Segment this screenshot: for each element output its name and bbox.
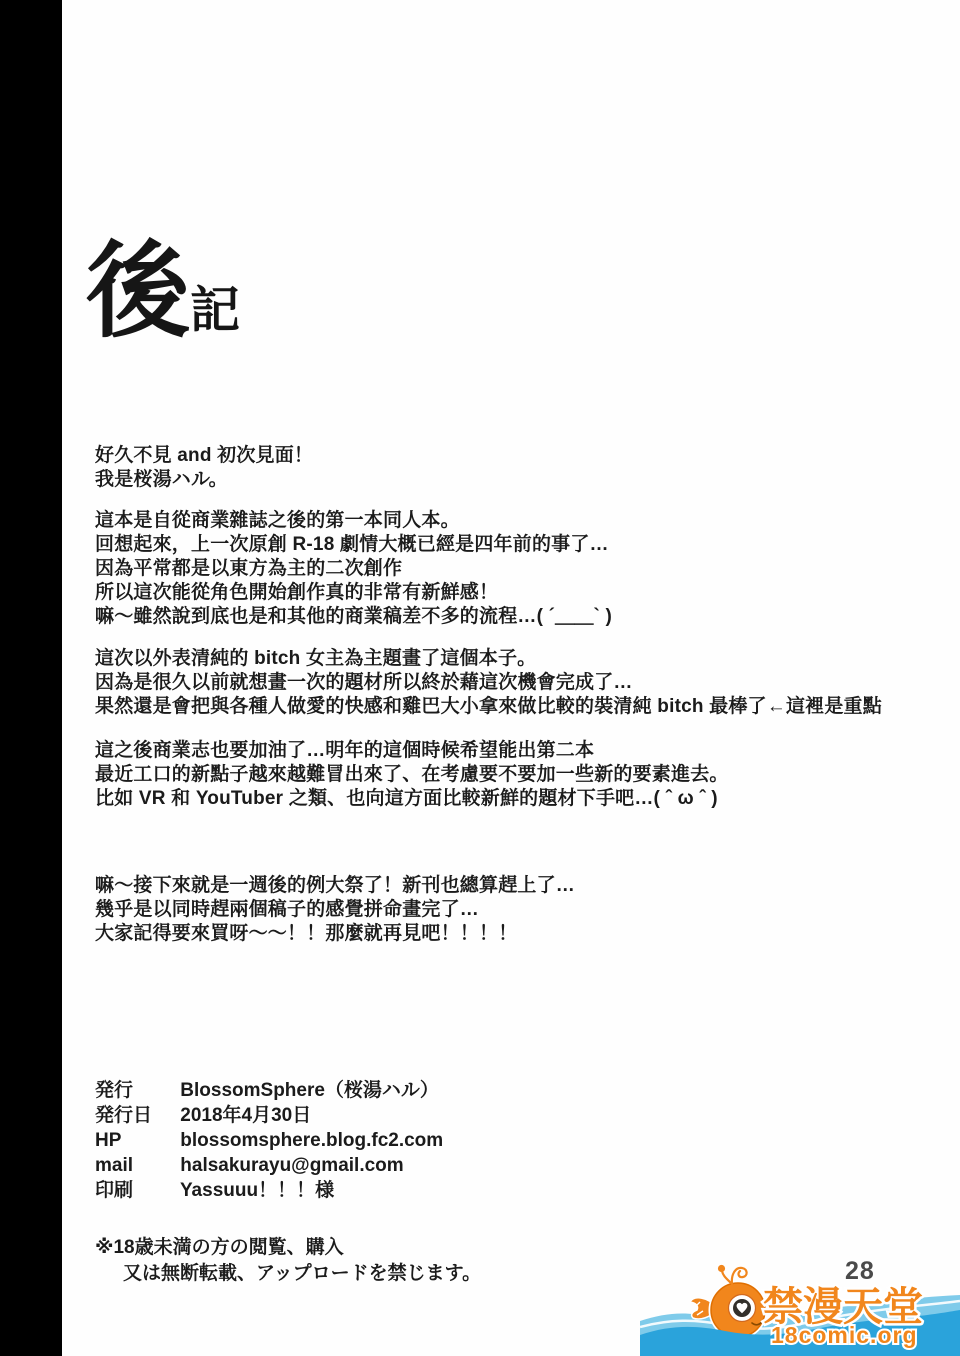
colophon: 発行 BlossomSphere（桜湯ハル） 発行日 2018年4月30日 HP…: [95, 1078, 443, 1203]
text-line: 比如 VR 和 YouTuber 之類、也向這方面比較新鮮的題材下手吧…( ˆ …: [95, 787, 729, 811]
paragraph-background: 這本是自從商業雜誌之後的第一本同人本。 回想起來，上一次原創 R-18 劇情大概…: [95, 509, 612, 629]
title-sub-char: 記: [190, 282, 240, 338]
colophon-row-homepage: HP blossomsphere.blog.fc2.com: [95, 1128, 443, 1153]
text-line: 幾乎是以同時趕兩個稿子的感覺拼命畫完了…: [95, 898, 575, 922]
mascot-antenna-drop: [718, 1265, 725, 1272]
text-line: 這本是自從商業雜誌之後的第一本同人本。: [95, 509, 612, 533]
text-line: 嘛～接下來就是一週後的例大祭了！新刊也總算趕上了…: [95, 874, 575, 898]
title-main-char: 後: [86, 234, 190, 350]
watermark-logo: 禁漫天堂 18comic.org: [640, 1255, 960, 1356]
colophon-row-mail: mail halsakurayu@gmail.com: [95, 1153, 443, 1178]
mascot-antenna-stem: [722, 1271, 731, 1283]
paragraph-theme: 這次以外表清純的 bitch 女主為主題畫了這個本子。 因為是很久以前就想畫一次…: [95, 647, 882, 719]
text-line: 這之後商業志也要加油了…明年的這個時候希望能出第二本: [95, 739, 729, 763]
text-line: 這次以外表清純的 bitch 女主為主題畫了這個本子。: [95, 647, 882, 671]
text-line: 最近工口的新點子越來越難冒出來了、在考慮要不要加一些新的要素進去。: [95, 763, 729, 787]
afterword-page: 後記 好久不見 and 初次見面！ 我是桜湯ハル。 這本是自從商業雜誌之後的第一…: [0, 0, 960, 1356]
text-line: 大家記得要來買呀～～！！那麼就再見吧！！！！: [95, 922, 575, 946]
page-title: 後記: [86, 238, 240, 347]
paragraph-greeting: 好久不見 and 初次見面！ 我是桜湯ハル。: [95, 444, 313, 492]
text-line: 好久不見 and 初次見面！: [95, 444, 313, 468]
colophon-row-publisher: 発行 BlossomSphere（桜湯ハル）: [95, 1078, 443, 1103]
colophon-value: BlossomSphere（桜湯ハル）: [180, 1080, 439, 1101]
disclaimer: ※18歳未満の方の閲覧、購入 又は無断転載、アップロードを禁じます。: [95, 1235, 481, 1287]
colophon-row-printer: 印刷 Yassuuu！！！様: [95, 1178, 443, 1203]
text-line: 回想起來，上一次原創 R-18 劇情大概已經是四年前的事了…: [95, 533, 612, 557]
disclaimer-line: 又は無断転載、アップロードを禁じます。: [95, 1261, 481, 1287]
colophon-label: HP: [95, 1128, 175, 1153]
text-line: 嘛～雖然說到底也是和其他的商業稿差不多的流程…( ´＿＿` ): [95, 605, 612, 629]
text-line: 果然還是會把與各種人做愛的快感和雞巴大小拿來做比較的裝清純 bitch 最棒了←…: [95, 695, 882, 719]
disclaimer-line: ※18歳未満の方の閲覧、購入: [95, 1235, 481, 1261]
colophon-label: 発行: [95, 1078, 175, 1103]
colophon-value: 2018年4月30日: [180, 1105, 311, 1126]
watermark-site-url: 18comic.org: [771, 1322, 918, 1348]
text-line: 因為平常都是以東方為主的二次創作: [95, 557, 612, 581]
colophon-label: mail: [95, 1153, 175, 1178]
scan-border: [0, 0, 62, 1356]
colophon-value: halsakurayu@gmail.com: [180, 1155, 403, 1176]
colophon-label: 発行日: [95, 1103, 175, 1128]
paragraph-future-plans: 這之後商業志也要加油了…明年的這個時候希望能出第二本 最近工口的新點子越來越難冒…: [95, 739, 729, 811]
text-line: 因為是很久以前就想畫一次的題材所以終於藉這次機會完成了…: [95, 671, 882, 695]
text-line: 所以這次能從角色開始創作真的非常有新鮮感！: [95, 581, 612, 605]
colophon-row-date: 発行日 2018年4月30日: [95, 1103, 443, 1128]
colophon-label: 印刷: [95, 1178, 175, 1203]
text-line: 我是桜湯ハル。: [95, 468, 313, 492]
colophon-value: Yassuuu！！！様: [180, 1180, 334, 1201]
paragraph-closing: 嘛～接下來就是一週後的例大祭了！新刊也總算趕上了… 幾乎是以同時趕兩個稿子的感覺…: [95, 874, 575, 946]
colophon-value: blossomsphere.blog.fc2.com: [180, 1130, 443, 1151]
